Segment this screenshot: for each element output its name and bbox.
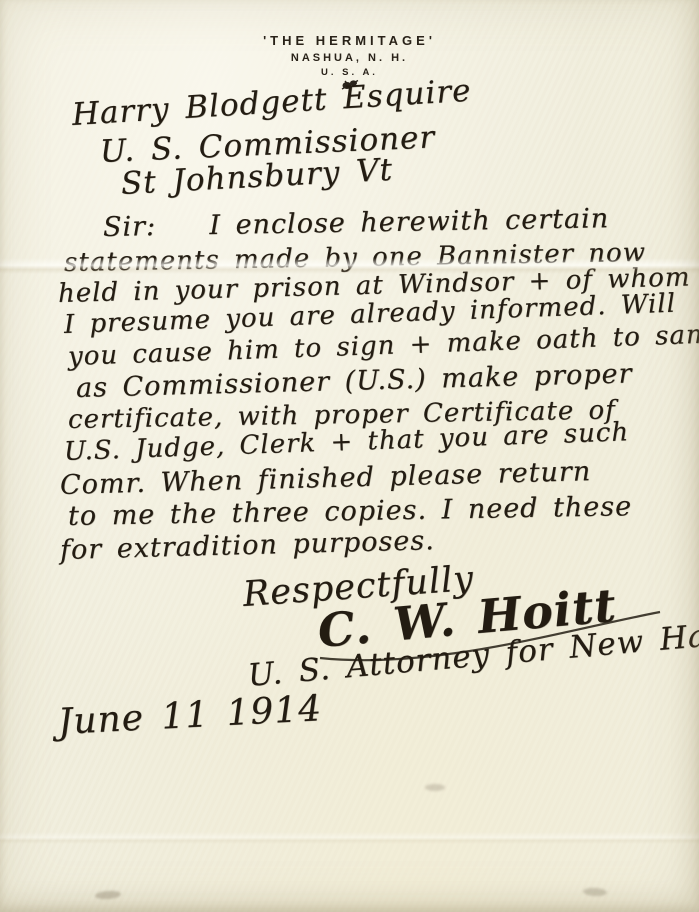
salutation-row: Sir: I enclose herewith certain xyxy=(103,205,610,241)
letterhead-name: 'THE HERMITAGE' xyxy=(0,33,699,48)
pencil-smudge xyxy=(583,887,607,896)
letter-page: 'THE HERMITAGE' NASHUA, N. H. U. S. A. H… xyxy=(0,0,699,912)
pencil-smudge xyxy=(95,890,121,900)
date-line: June 11 1914 xyxy=(57,691,323,741)
fold-crease-lower xyxy=(0,832,699,844)
body-line: I enclose herewith certain xyxy=(209,203,609,241)
letterhead-city: NASHUA, N. H. xyxy=(0,52,699,64)
body-line: to me the three copies. I need these xyxy=(68,493,633,530)
body-line: for extradition purposes. xyxy=(60,527,435,564)
salutation: Sir: xyxy=(103,211,157,243)
pencil-smudge xyxy=(425,784,445,791)
